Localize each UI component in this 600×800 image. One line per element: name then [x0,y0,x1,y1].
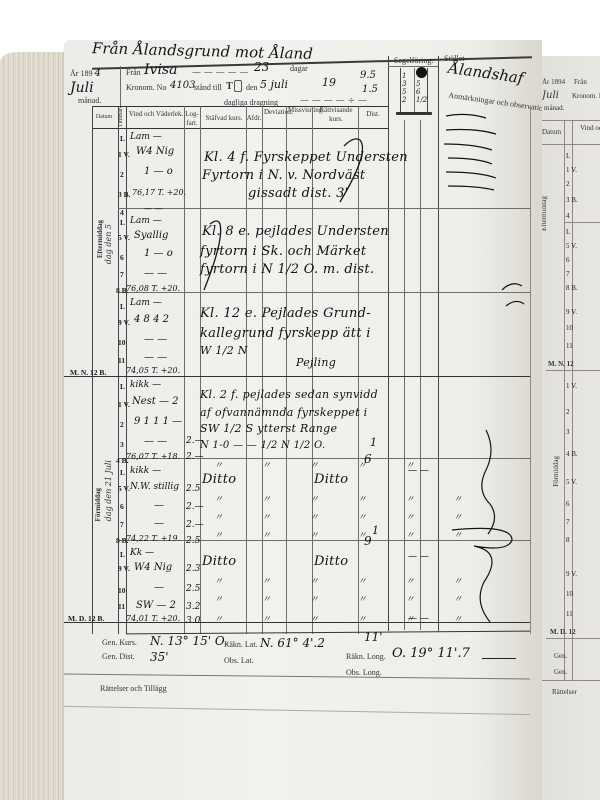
vertical-rule [564,120,565,680]
rp-hour-label: 2 [566,180,570,188]
log-entry: 2.5 [186,484,200,494]
rattelser-label: Rättelser och Tillägg [100,684,167,693]
hour-label: 2 [120,420,124,429]
remark-line: Kl. 2 f. pejlades sedan synvidd [200,388,378,401]
log-entry: 2.— [186,520,204,530]
horizontal-rule [546,638,600,639]
year-value: 4 [94,68,100,79]
stallet-value: Ålandshaf [447,59,524,87]
hour-label: 10 [118,586,126,595]
rp-gen-label-1: Gen. [554,652,567,660]
log-entry: 〃 〃 〃 〃 〃 〃 [214,574,480,587]
horizontal-rule [92,128,388,129]
hour-label: 5 V. [118,233,130,242]
horizontal-rule [536,680,600,681]
rp-hour-label: L [566,152,570,160]
dist-value: 1 [372,524,379,537]
log-entry: 74,05 T. +20. [126,366,180,375]
log-entry: 〃 〃 〃 〃 〃 〃 [214,528,480,541]
rp-hour-label: 6 [566,256,570,264]
hour-label: L [120,550,125,559]
log-entry: SW — 2 [136,600,176,611]
hour-label: 7 [120,520,124,529]
rp-hour-label: 1 V. [566,166,577,174]
log-entry: — — [144,436,167,447]
log-entry: 76,07 T. +18. [126,452,180,461]
clock-box-icon [234,80,242,92]
log-entry: Nest — 2 [132,396,179,407]
dist-value: 9 [364,534,372,548]
hour-label: L [120,382,125,391]
vertical-rule [184,106,185,634]
log-entry: — — [408,552,429,562]
hour-label: 6 [120,502,124,511]
vertical-rule [200,106,201,634]
hour-label: 2 [120,170,124,179]
log-entry: 9 1 1 1 — [134,416,182,427]
remark-line: af ofvannämnda fyrskeppet i [200,406,367,419]
remark-line: Ditto [314,554,348,569]
dagar-value: 23 [254,60,269,74]
rp-gen-label-2: Gen. [554,668,567,676]
log-entry: 1 — o [144,248,173,259]
log-entry: 〃 〃 〃 〃 〃 [214,458,432,471]
log-entry: Lam — [130,132,162,142]
rp-hour-label: 7 [566,518,570,526]
rp-hour-label: 4 [566,212,570,220]
log-entry: W4 Nig [134,562,172,573]
hour-label: 9 V. [118,564,130,573]
from-label: Från [126,68,141,77]
hour-label: 7 [120,270,124,279]
remark-line: W 1/2 N [200,344,248,357]
col-missvisning: Missvisning. [288,106,312,115]
page-block-edge [0,52,68,800]
hour-label: L [120,468,125,477]
horizontal-rule [536,120,600,121]
hour-label: 1 V. [118,150,130,159]
rp-hour-label: L [566,228,570,236]
vertical-rule [438,56,439,631]
remark-line: Kl. 8 e. pejlades Understen [202,224,389,239]
col-deviation: Deviation. [264,108,286,117]
den-value: 5 juli [260,78,288,91]
log-entry: N.W. stillig [130,482,179,492]
log-entry: 〃 〃 〃 〃 〃 〃 [214,492,480,505]
rp-datum-label: Datum [542,128,561,136]
log-entry: 2.3 [186,564,200,574]
hull-base-icon [396,112,432,115]
seal-dot [416,67,427,78]
rp-hour-label: 8 [566,536,570,544]
rp-month-value: Juli [542,90,559,101]
midnight-label: M. N. 12 B. [70,368,106,377]
remark-line: Ditto [314,472,348,487]
horizontal-rule [388,66,438,67]
dist-total: 11' [364,630,383,644]
from-value: Ivisa [144,62,177,78]
log-entry: 74,22 T. +19. [126,534,180,543]
hour-label: 11 [118,356,125,365]
dist-value: 1 [370,436,377,449]
horizontal-rule [564,222,600,223]
horizontal-rule [482,658,516,659]
rakn-lat-label: Räkn. Lat. [224,640,258,649]
hour-label: L [120,218,125,227]
year-label: År 189 [70,69,92,78]
log-entry: 〃 〃 〃 〃 〃 〃 [214,592,480,605]
horizontal-rule [546,370,600,371]
right-value-1: 9.5 [360,70,376,81]
formiddag-label: Förmiddag [94,488,102,521]
right-value-2: 1.5 [362,84,378,95]
logbook-page: Från Ålandsgrund mot Åland År 189 4 Juli… [64,40,542,800]
remark-line: Kl. 12 e. Pejlades Grund- [200,306,371,321]
rp-kronom-label: Kronom. No [572,92,600,100]
remarks-handwriting-strokes [442,110,532,650]
hour-label: 1 V. [118,400,130,409]
log-entry: 2.5 [186,584,200,594]
log-entry: — [154,582,164,593]
log-entry: Lam — [130,216,162,226]
remark-line: Ditto [202,554,236,569]
rp-hour-label: 9 V. [566,308,577,316]
col-afdr: Afdr. [246,114,262,123]
T-label: T [226,81,233,92]
rp-year-label: År 189 [542,78,562,86]
gen-dist-label: Gen. Dist. [102,652,135,661]
rp-hour-label: 10 [566,324,573,332]
vertical-rule [388,56,389,631]
rp-month-label: månad. [544,104,564,112]
hour-label: 3 [120,440,124,449]
log-entry: 2.— [186,452,204,462]
col-dist: Dist. [360,110,386,119]
log-entry: W4 Nig [136,146,174,157]
col-styrd-kurs: Stäfvad kurs. [202,114,246,123]
hour-label: 4 [120,208,124,217]
col-rattvisande: Rättvisande kurs. [314,106,358,124]
rp-hour-label: 1 V. [566,382,577,390]
log-entry: 〃 〃 〃 〃 〃 〃 [214,612,480,625]
log-entry: — — [144,268,167,279]
bracket-stroke [334,132,374,212]
hour-label: 3 B. [118,190,131,199]
rp-hour-label: 11 [566,610,573,618]
noon-label: M. D. 12 B. [68,614,104,623]
hour-label: 5 V. [118,484,130,493]
rp-from-label: Från [574,78,587,86]
log-entry: — — [144,334,167,345]
remark-line: Kl. 4 f. Fyrskeppet Understen [204,150,408,165]
dist-value: 6 [364,452,372,466]
kronom-label: Kronom. No [126,83,166,92]
log-entry: 76,08 T. +20. [126,284,180,293]
col-logfart: Log-fart. [184,110,200,128]
log-entry: 3.2 [186,602,200,612]
time-value: 19 [322,76,336,89]
eftermiddag-label: Eftermiddag [96,220,104,258]
remark-line: kallegrund fyrskepp ätt i [200,326,371,341]
hour-label: 6 [120,253,124,262]
gen-kurs-label: Gen. Kurs. [102,638,137,647]
obs-lat-label: Obs. Lat. [224,656,254,665]
horizontal-rule [536,144,600,145]
remark-line: Pejling [296,356,336,369]
rp-vind-label: Vind och Väderlek [580,124,600,132]
log-entry: — — [144,204,163,213]
log-entry: — — [408,466,429,476]
remark-line: Ditto [202,472,236,487]
log-entry: 1 — o [144,166,173,177]
log-entry: Lam — [130,298,162,308]
vertical-rule [120,66,121,108]
log-entry: — [154,500,164,511]
rakn-lat-value: N. 61° 4'.2 [260,636,325,650]
log-entry: 74,01 T. +20. [126,614,180,623]
log-entry: — — [408,614,429,624]
hour-label: L [120,302,125,311]
rp-rattelser-label: Rättelser [552,688,577,696]
vertical-rule [414,68,415,112]
log-entry: 76,17 T. +20. [132,188,186,197]
hour-label: 10 [118,338,126,347]
vertical-rule [118,106,119,634]
den-label: den [246,83,258,92]
log-entry: 〃 〃 〃 〃 〃 〃 [214,510,480,523]
log-entry: 2.5 [186,536,200,546]
segelforing-label: Segelföring. [394,56,433,65]
rp-hour-label: 8 B. [566,284,578,292]
segel-marks-right: 561/2 [416,80,427,104]
segel-marks-left: 1352 [402,72,406,104]
dagar-label: dagar [290,64,308,73]
log-entry: kikk — [130,466,161,476]
col-datum: Datum [92,113,116,122]
stand-label: stånd till [194,83,222,92]
log-entry: Syallig [134,230,168,241]
rp-hour-label: 4 B. [566,450,578,458]
rp-mn-label: M. N. 12 [548,360,574,368]
page-title-handwritten: Från Ålandsgrund mot Åland [92,40,313,63]
hour-label: 11 [118,602,125,611]
rp-md-label: M. D. 12 [550,628,576,636]
rakn-long-label: Räkn. Long. [346,652,386,661]
rakn-long-value: O. 19° 11'.7 [392,646,470,661]
rp-formiddag-label: Förmiddag [552,456,560,487]
horizontal-rule [64,674,530,680]
vertical-rule [404,120,405,630]
formiddag-date: dag den 21 Juli [104,460,113,521]
rp-hour-label: 11 [566,342,573,350]
log-entry: 2.— [186,502,204,512]
kronom-value: 4103 [170,80,195,91]
remark-line: N 1-0 — — 1/2 N 1/2 O. [200,440,325,451]
log-entry: 4 8 4 2 [134,314,169,325]
remark-line: SW 1/2 S ytterst Range [200,422,337,435]
rp-hour-label: 10 [566,590,573,598]
hour-label: 9 V. [118,318,130,327]
log-entry: — — [144,352,167,363]
rp-hour-label: 5 V. [566,478,577,486]
gen-kurs-value: N. 13° 15' O. [150,634,228,648]
log-entry: — [154,518,164,529]
rp-hour-label: 3 B. [566,196,578,204]
month-value: Juli [70,80,94,96]
eftermiddag-date: dag den 5 [104,224,113,264]
rp-hour-label: 5 V. [566,242,577,250]
log-entry: 3.0 [186,616,200,626]
log-entry: Kk — [130,548,154,558]
vertical-rule [246,106,247,634]
rp-hour-label: 3 [566,428,570,436]
bracket-stroke [200,216,230,296]
rp-hour-label: 7 [566,270,570,278]
rp-hour-label: 6 [566,500,570,508]
rp-hour-label: 9 V. [566,570,577,578]
rp-hour-label: 2 [566,408,570,416]
col-vind: Vind och Väderlek. [128,110,184,119]
log-entry: kikk — [130,380,161,390]
month-label: månad. [78,96,101,105]
hour-label: L [120,134,125,143]
gen-dist-value: 35' [150,650,169,664]
horizontal-rule [64,706,530,715]
